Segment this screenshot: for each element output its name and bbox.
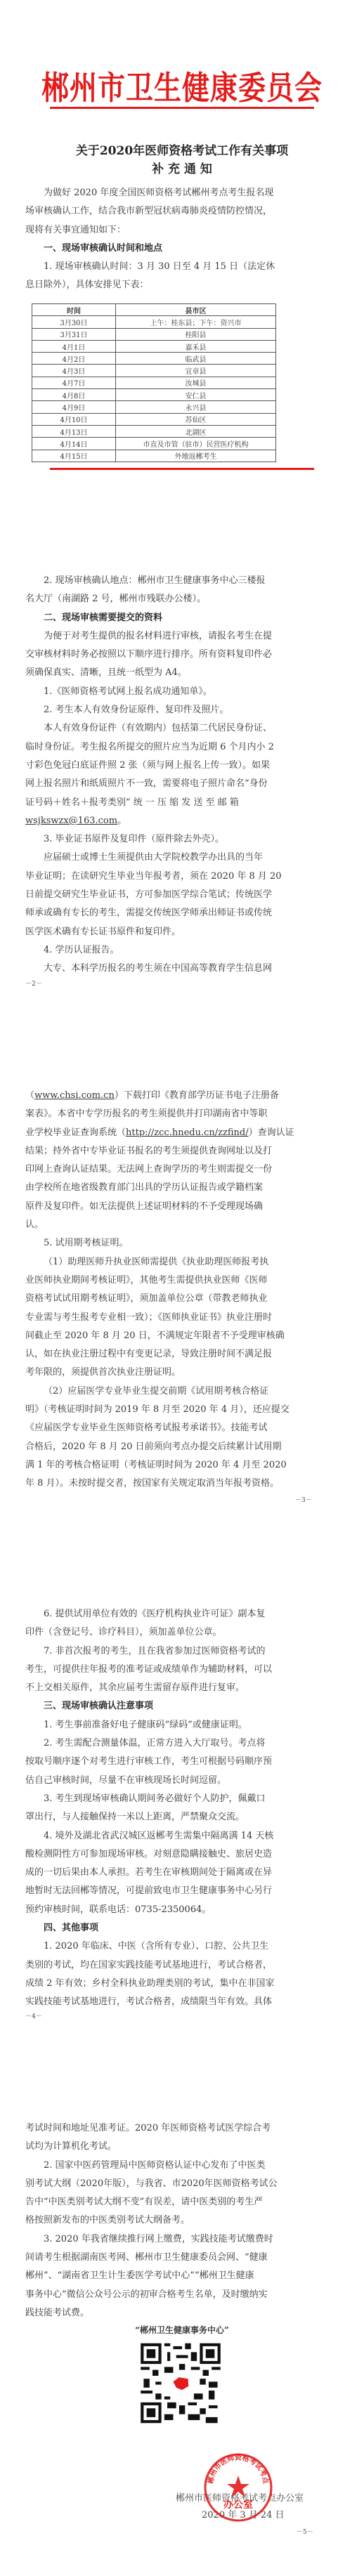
letterhead-red-rule <box>50 107 314 109</box>
cell-date: 4月14日 <box>32 438 116 450</box>
text-line: 认，如在执业注册过程中有变更记录，导致注册时间不满足报 <box>25 1345 284 1364</box>
org-letterhead-title: 郴州市卫生健康委员会 <box>0 63 364 109</box>
schedule-table: 时间 县市区 3月30日上午：桂东县；下午：资兴市 3月31日桂阳县 4月1日嘉… <box>32 303 276 462</box>
text-line: 3. 考生到现场审核确认期间务必做好个人防护，佩戴口 <box>25 1790 284 1808</box>
text-fragment: 业学校毕业证查询系统（ <box>25 1127 126 1138</box>
text-line: 1. 考生事前准备好电子健康码“绿码”或健康证明。 <box>25 1716 284 1734</box>
table-row: 4月1日嘉禾县 <box>32 340 276 352</box>
page-number-3: －3－ <box>295 1495 312 1504</box>
cell-date: 4月15日 <box>32 450 116 462</box>
text-line: 原件及复印件。如无法提供上述证明材料的不予受理现场确 <box>25 1198 284 1216</box>
chsi-link[interactable]: www.chsi.com.cn <box>34 1090 115 1101</box>
page3-body: （www.chsi.com.cn）下载打印《教育部学历证书电子注册备 案表》。本… <box>25 1087 284 1493</box>
text-line: 事务中心”微信公众号公示的初审合格考生名单，及时缴纳实 <box>25 2286 284 2304</box>
table-row: 4月15日外地返郴考生 <box>32 450 276 462</box>
svg-text:办公室: 办公室 <box>223 2499 253 2511</box>
cell-district: 上午：桂东县；下午：资兴市 <box>116 316 276 328</box>
text-line: 毕业证明；在读研究生毕业当年报考者，须在 2020 年 8 月 20 <box>25 868 284 886</box>
footer-red-rule <box>50 468 314 470</box>
table-row: 4月9日永兴县 <box>32 401 276 413</box>
email-link[interactable]: wsjkswzx@163.com <box>25 816 117 826</box>
text-line: 《应届医学专业毕业生医师资格考试报考承诺书》。技能考试 <box>25 1419 284 1437</box>
table-row: 4月10日苏仙区 <box>32 413 276 425</box>
section2-heading: 二、现场审核需要提交的资料 <box>25 609 284 627</box>
text-line: 6. 提供试用单位有效的《医疗机构执业许可证》副本复 <box>25 1605 284 1623</box>
text-line: 1.《医师资格考试网上报名成功通知单》。 <box>25 683 284 701</box>
text-line: 证号码＋姓名＋报考类别” 统 一 压 缩 发 送 至 邮 箱 <box>25 794 284 812</box>
cell-district: 安仁县 <box>116 389 276 401</box>
text-line: 告中“中医类别考试大纲不变”有误差，请中医类别的考生严 <box>25 2193 284 2211</box>
text-line: 成绩 2 年有效；乡村全科执业助理类别的考试，集中在非国家 <box>25 1975 284 1993</box>
text-line: 别考试大纲（2020年版），与我省、市2020年医师资格考试公 <box>25 2175 284 2193</box>
text-line: 5. 试用期考核证明。 <box>25 1234 284 1253</box>
text-line: 临时身份证。考生报名所提交的照片应当为近期 6 个月内小 2 <box>25 738 284 757</box>
punctuation: （ <box>25 1090 34 1101</box>
text-line: 大专、本科学历报名的考生须在中国高等教育学生信息网 <box>25 960 284 978</box>
text-line: 案表》。本省中专学历报名的考生须提供并打印湖南省中等职 <box>25 1105 284 1123</box>
text-line: 3. 2020 年我省继续推行网上缴费，实践技能考试缴费时 <box>25 2230 284 2249</box>
text-line: 2. 考生本人有效身份证原件、复印件及照片。 <box>25 701 284 719</box>
text-line: 医学医术确有专长证书原件和复印件。 <box>25 923 284 941</box>
text-fragment: ）下载打印《教育部学历证书电子注册备 <box>115 1090 279 1101</box>
text-line: 认。 <box>25 1216 284 1234</box>
text-line: 2. 考生需配合测量体温，正常方进入大厅取号。考点将 <box>25 1734 284 1753</box>
section1-heading: 一、现场审核确认时间和地点 <box>25 240 284 258</box>
text-line: 3. 毕业证书原件及复印件（原件除去外壳）。 <box>25 830 284 849</box>
text-line: 格按照新发布的中医类别考试大纲备考。 <box>25 2211 284 2230</box>
cell-district: 外地返郴考生 <box>116 450 276 462</box>
text-line: 2. 现场审核确认地点：郴州市卫生健康事务中心三楼报 <box>25 572 284 590</box>
text-line: 估自己审核时间，尽量不在审核现场长时间逗留。 <box>25 1772 284 1790</box>
cell-date: 3月31日 <box>32 328 116 340</box>
text-line: 为做好 2020 年度全国医师资格考试郴州考点考生报名现 <box>25 184 284 202</box>
table-header-row: 时间 县市区 <box>32 304 276 316</box>
text-line: 实践技能考试基地进行，考试合格者，成绩限当年有效。具体 <box>25 1993 284 2011</box>
text-line: 现将有关事宜通知如下： <box>25 221 284 240</box>
text-line: 按取号顺序逐个对考生进行审核工作，考生可根据号码顺序预 <box>25 1753 284 1771</box>
page5-body: 考试时间和地址见准考证。2020 年医师资格考试医学综合考 试均为计算机化考试。… <box>25 2119 284 2322</box>
cell-date: 4月9日 <box>32 401 116 413</box>
text-line: 交审核材料时务必按照以下顺序进行排序。所有资料复印件必 <box>25 646 284 664</box>
text-line: 年 8 月）。未按时提交者，按国家有关规定取消当年报考资格。 <box>25 1475 284 1493</box>
text-line: 不上交相关原件，其余应届考生需留存原件进行复审。 <box>25 1679 284 1697</box>
text-line: 1. 2020 年临床、中医（含所有专业）、口腔、公共卫生 <box>25 1937 284 1956</box>
text-line: 郴州”、“湖南省卫生计生委医学考试中心”“郴州卫生健康 <box>25 2267 284 2285</box>
text-line: （1）助理医师升执业医师需提供《执业助理医师报考执 <box>25 1253 284 1271</box>
wechat-qr-code[interactable] <box>138 2339 223 2427</box>
cell-date: 4月10日 <box>32 413 116 425</box>
page-number-5: －5－ <box>297 2527 313 2536</box>
text-line: 罩出行，与人接触保持一米以上距离，严禁聚众交流。 <box>25 1808 284 1826</box>
cell-date: 4月8日 <box>32 389 116 401</box>
document-title-line2: 补 充 通 知 <box>0 159 364 176</box>
cell-date: 4月3日 <box>32 365 116 377</box>
text-line: 名大厅（南湖路 2 号，郴州市残联办公楼）。 <box>25 590 284 608</box>
cell-date: 4月7日 <box>32 377 116 388</box>
text-line: 网上报名照片和纸质照片不一致，需要将电子照片命名“身份 <box>25 775 284 793</box>
cell-district: 北湖区 <box>116 425 276 437</box>
text-line: 2. 国家中医药管理局中医师资格认证中心发布了中医类 <box>25 2157 284 2175</box>
text-line: 场审核确认工作，结合我市新型冠状病毒肺炎疫情防控情况， <box>25 202 284 221</box>
text-line: 印件（含登记号、诊疗科目），须加盖单位公章。 <box>25 1623 284 1642</box>
text-line: 4. 学历认证报告。 <box>25 941 284 960</box>
cell-district: 市直及市管（驻市）民营医疗机构 <box>116 438 276 450</box>
table-row: 4月8日安仁县 <box>32 389 276 401</box>
section4-heading: 四、其他事项 <box>25 1919 284 1937</box>
page2-body: 2. 现场审核确认地点：郴州市卫生健康事务中心三楼报 名大厅（南湖路 2 号，郴… <box>25 572 284 979</box>
text-fragment: ）查询认证 <box>249 1127 294 1138</box>
cell-date: 4月2日 <box>32 353 116 365</box>
text-line: 试均为计算机化考试。 <box>25 2138 284 2156</box>
text-line: 寸彩色免冠白底证件照 2 张（须与网上报名上传一致）。如果 <box>25 757 284 775</box>
column-header-time: 时间 <box>32 304 116 316</box>
cell-district: 苏仙区 <box>116 413 276 425</box>
document-title-line1: 关于2020年医师资格考试工作有关事项 <box>0 140 364 158</box>
table-row: 4月3日宜章县 <box>32 365 276 377</box>
text-line: 资格考试试用期考核证明》，须加盖单位公章（带教老师执业 <box>25 1290 284 1308</box>
page4-body: 6. 提供试用单位有效的《医疗机构执业许可证》副本复 印件（含登记号、诊疗科目）… <box>25 1605 284 2012</box>
text-line: 应届硕士或博士生须提供由大学院校教学办出具的当年 <box>25 849 284 867</box>
text-line: 践技能考试费。 <box>25 2304 284 2322</box>
text-line: 间截止至 2020 年 8 月 20 日，不满规定年限者不予受理审核确 <box>25 1327 284 1345</box>
text-line: 预约审核时间，联系电话：0735-2350064。 <box>25 1901 284 1919</box>
column-header-district: 县市区 <box>116 304 276 316</box>
official-seal: 郴州市医师资格考试考点 办公室 <box>202 2452 275 2523</box>
text-line: 业医师执业期间考核证明》，其他考生需提供执业医师《医师 <box>25 1271 284 1290</box>
text-line: 7. 非首次报考的考生，且在我省参加过医师资格考试的 <box>25 1642 284 1661</box>
text-line: （2）应届医学专业毕业生提交前期《试用期考核合格证 <box>25 1382 284 1401</box>
table-row: 4月7日汝城县 <box>32 377 276 388</box>
text-line: 息日除外），具体安排见下表： <box>25 276 284 294</box>
text-line: 1. 现场审核确认时间：3 月 30 日至 4 月 15 日（法定休 <box>25 258 284 276</box>
section3-heading: 三、现场审核确认注意事项 <box>25 1697 284 1715</box>
text-line: 专业需与考生报考专业相一致）；《医师执业证书》执业注册时 <box>25 1309 284 1327</box>
page-number-2: －2－ <box>25 979 42 988</box>
text-line: 结果；持外省中专毕业证书报名的考生须提供查询网址以及打 <box>25 1142 284 1160</box>
cell-district: 汝城县 <box>116 377 276 388</box>
cell-date: 4月13日 <box>32 425 116 437</box>
seal-icon: 郴州市医师资格考试考点 办公室 <box>202 2452 275 2523</box>
punctuation: 。 <box>117 816 126 826</box>
text-line: 日前提交研究生毕业证书，方可参加医学综合笔试；传统医学 <box>25 886 284 904</box>
table-row: 3月30日上午：桂东县；下午：资兴市 <box>32 316 276 328</box>
text-line: 合格后，2020 年 8 月 20 日前须向考点办提交后续累计试用期 <box>25 1438 284 1456</box>
text-line: 为便于对考生提供的报名材料进行审核，请报名考生在提 <box>25 627 284 646</box>
text-line: 地暂时无法回郴等情况，可提前致电市卫生健康事务中心另行 <box>25 1882 284 1900</box>
text-line: 考生，可提供往年报考的准考证或成绩单作为辅助材料，可以 <box>25 1661 284 1679</box>
text-line: 酸检测阴性方可参加现场审核。对刻意隐瞒接触史、旅居史造 <box>25 1845 284 1864</box>
qr-code-icon <box>138 2339 223 2427</box>
text-line: 明》（考核证明时间为 2019 年 8 月至 2020 年 4 月），还应提交 <box>25 1401 284 1419</box>
cell-district: 宜章县 <box>116 365 276 377</box>
text-line: 须确保真实、清晰，且统一纸型为 A4。 <box>25 664 284 682</box>
cell-date: 4月1日 <box>32 340 116 352</box>
cell-district: 嘉禾县 <box>116 340 276 352</box>
text-line: 师承或确有专长的考生，需提交传统医学师承出师证书或传统 <box>25 904 284 922</box>
text-line: 由学校所在地省级教育部门出具的学历认证报告或学籍档案 <box>25 1179 284 1197</box>
table-row: 4月14日市直及市管（驻市）民营医疗机构 <box>32 438 276 450</box>
star-icon <box>227 2476 249 2497</box>
text-line: 考年限的，须提供首次执业注册证明。 <box>25 1364 284 1382</box>
hnedu-link[interactable]: http://zcc.hnedu.cn/zzfind/ <box>126 1127 249 1138</box>
text-line: 4. 境外及湖北省武汉城区返郴考生需集中隔离满 14 天核 <box>25 1827 284 1845</box>
intro-paragraph: 为做好 2020 年度全国医师资格考试郴州考点考生报名现 场审核确认工作，结合我… <box>25 184 284 295</box>
table-row: 4月13日北湖区 <box>32 425 276 437</box>
text-line: 成的一切后果由本人承担。若考生在审核期间处于隔离或在异 <box>25 1864 284 1882</box>
text-line: 满 1 年的考核合格证明（考核证明时间为 2020 年 4 月至 2020 <box>25 1456 284 1475</box>
text-line: 印网上查询认证结果。无法网上查询学历的考生则需提交一份 <box>25 1160 284 1179</box>
text-line: 类别的考试，均在国家实践技能考试基地进行，考试合格者， <box>25 1956 284 1975</box>
text-line: 间请考生根据湖南医考网、郴州市卫生健康委员会网、“健康 <box>25 2249 284 2267</box>
text-line: 本人有效身份证件（有效期内）包括第二代居民身份证、 <box>25 719 284 738</box>
table-row: 3月31日桂阳县 <box>32 328 276 340</box>
cell-district: 永兴县 <box>116 401 276 413</box>
cell-date: 3月30日 <box>32 316 116 328</box>
cell-district: 桂阳县 <box>116 328 276 340</box>
page-number-4: －4－ <box>25 2011 42 2020</box>
text-line: 考试时间和地址见准考证。2020 年医师资格考试医学综合考 <box>25 2119 284 2138</box>
qr-caption: “郴州卫生健康事务中心” <box>0 2324 364 2336</box>
cell-district: 临武县 <box>116 353 276 365</box>
table-row: 4月2日临武县 <box>32 353 276 365</box>
